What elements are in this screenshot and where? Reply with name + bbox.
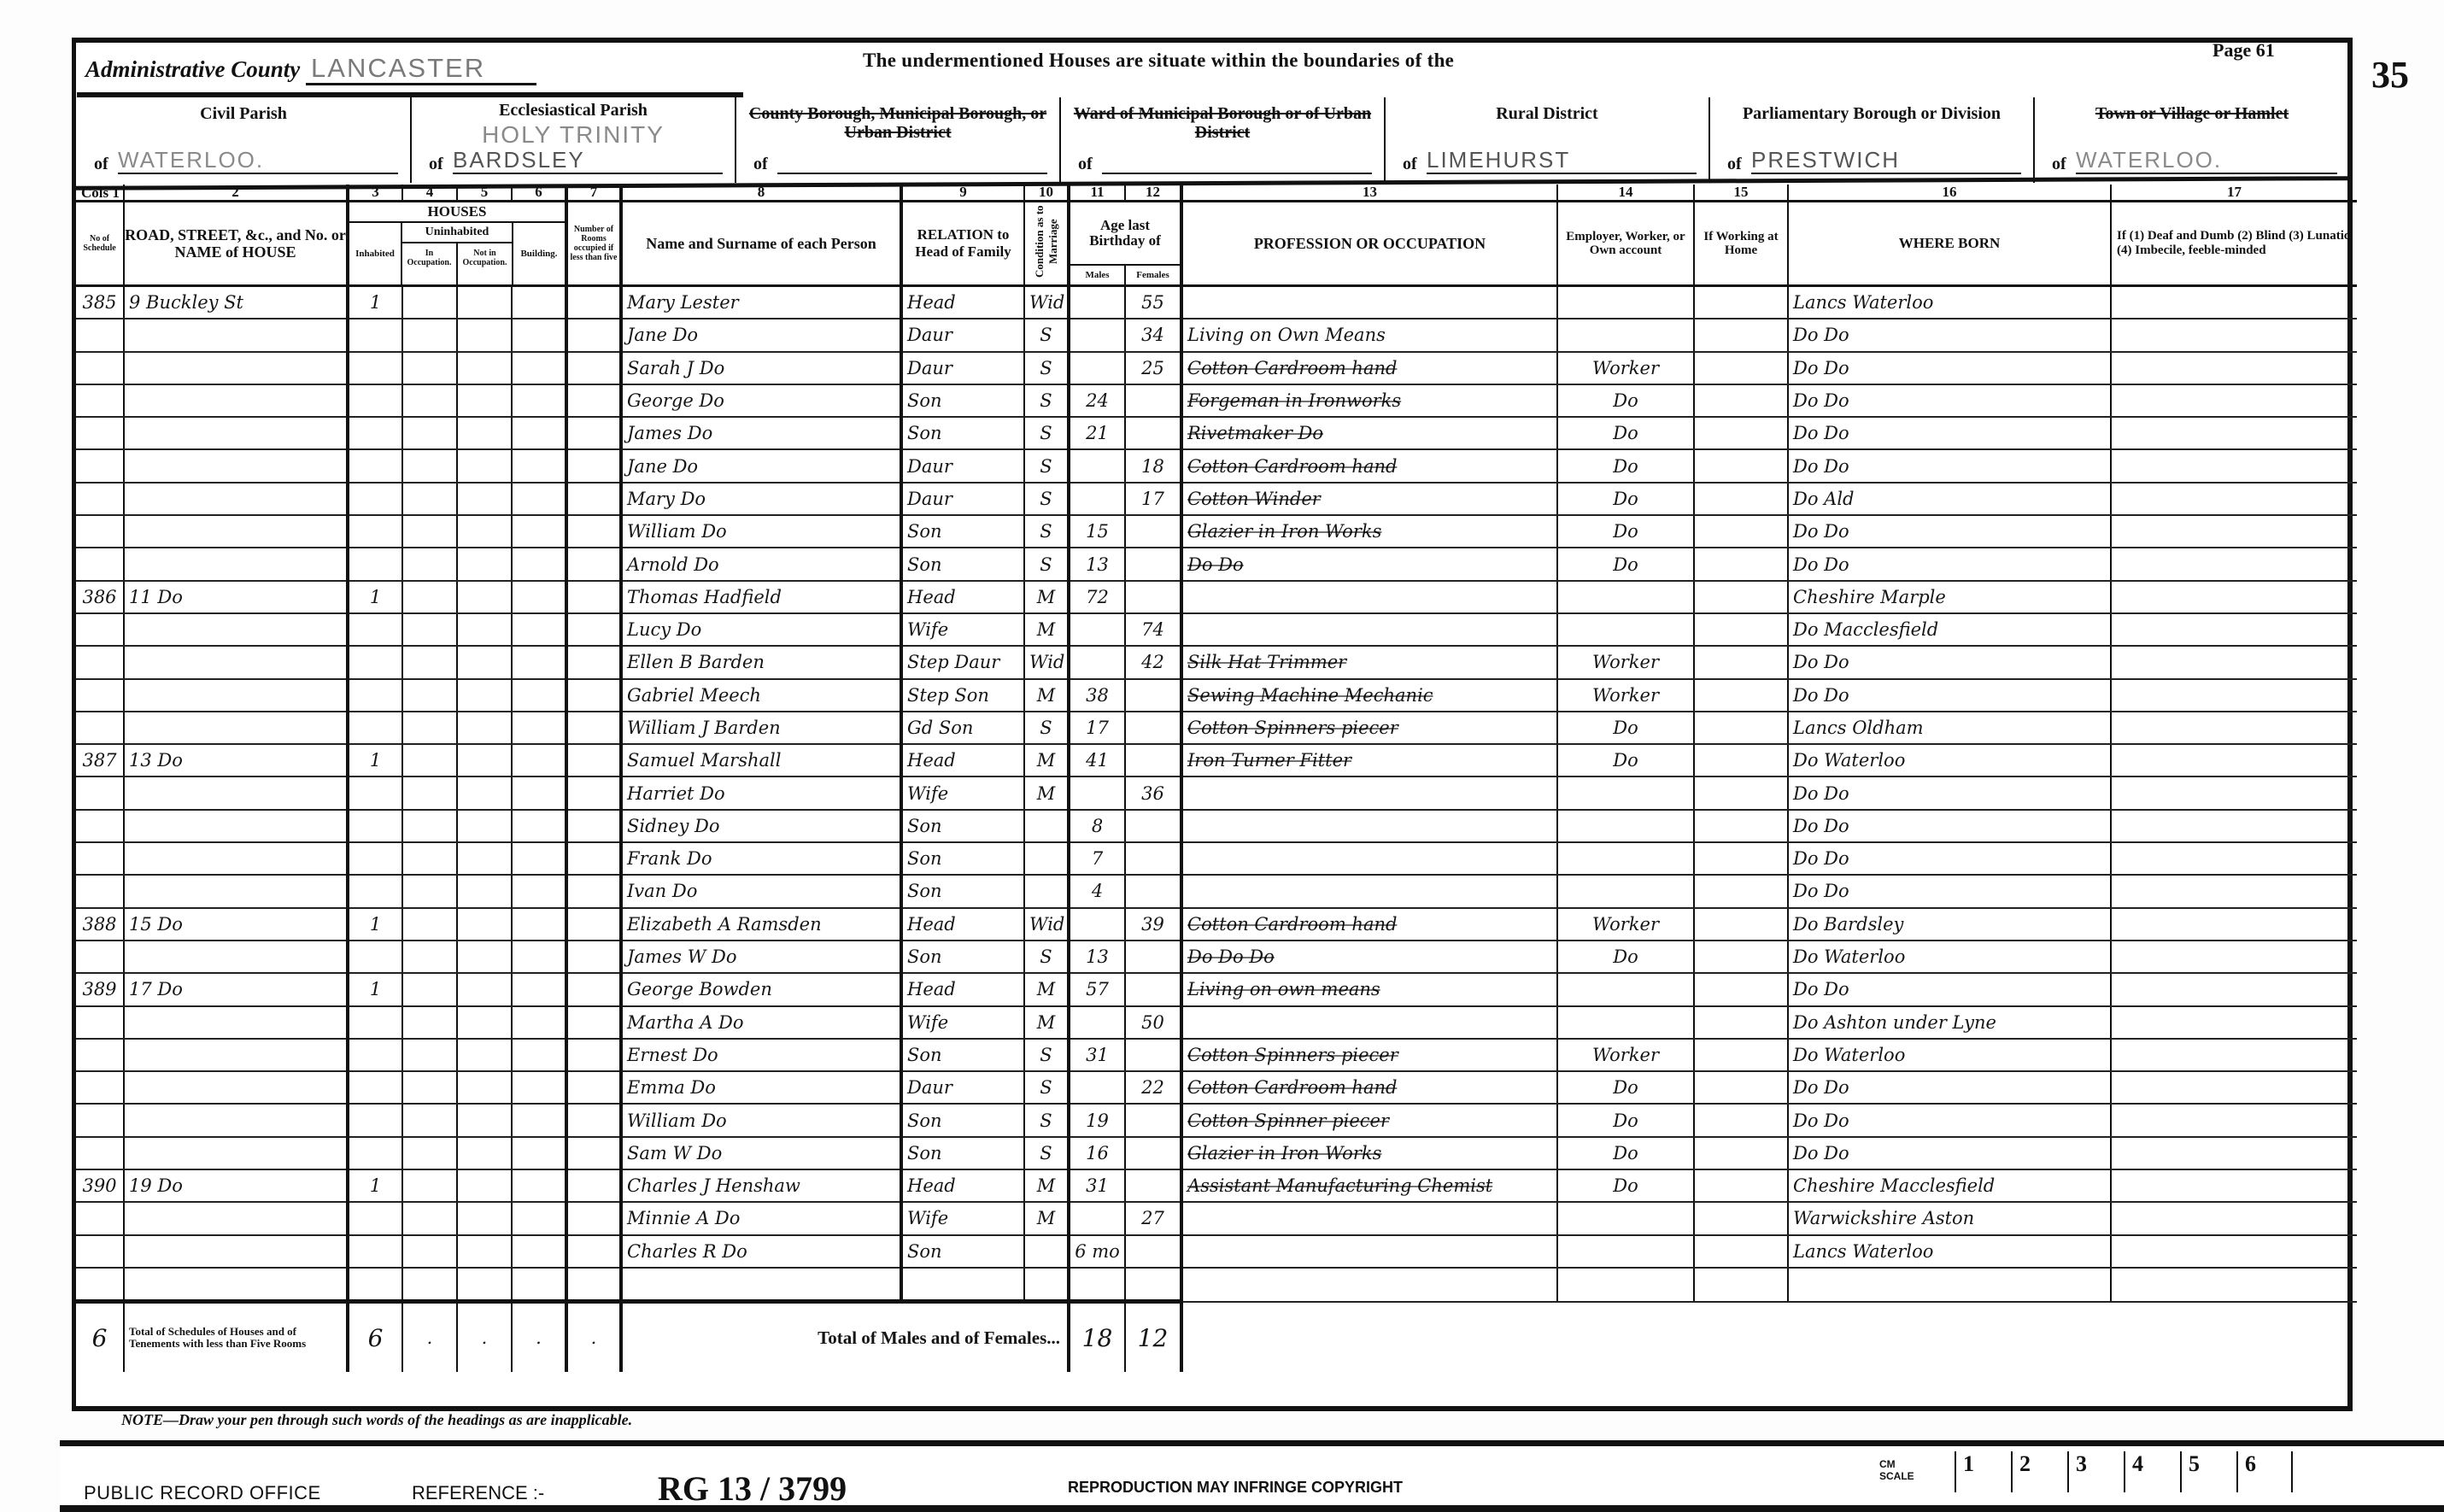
occupation: [1181, 1235, 1557, 1268]
schedule-number: 388: [76, 908, 124, 941]
jurisdiction-row: Civil Parish of WATERLOO. Ecclesiastical…: [77, 0, 2349, 185]
occupation: [1181, 1006, 1557, 1039]
of-label: of: [429, 155, 443, 174]
age-male: 57: [1069, 973, 1125, 1005]
occupation: Cotton Cardroom hand: [1181, 908, 1557, 941]
employment-status: [1557, 1006, 1694, 1039]
header-infirmity: If (1) Deaf and Dumb (2) Blind (3) Lunat…: [2111, 202, 2357, 286]
inhabited-count: [348, 1104, 402, 1136]
inhabited-count: [348, 352, 402, 384]
working-at-home: [1694, 842, 1788, 875]
building: [512, 1071, 566, 1104]
age-male: [1069, 319, 1125, 351]
birthplace: Do Do: [1788, 1104, 2111, 1136]
relation: Son: [901, 810, 1024, 842]
address: [124, 1202, 348, 1234]
not-in-occupation: [457, 449, 512, 482]
total-males: 18: [1069, 1302, 1125, 1373]
header-relation: RELATION to Head of Family: [901, 202, 1024, 286]
header-working-at-home: If Working at Home: [1694, 202, 1788, 286]
address: [124, 483, 348, 515]
col-num: 13: [1181, 185, 1557, 202]
age-male: [1069, 1071, 1125, 1104]
relation: Wife: [901, 1202, 1024, 1234]
sheet-number: 35: [2371, 53, 2409, 97]
person-name: Thomas Hadfield: [621, 581, 901, 613]
scale-tick: 4: [2124, 1451, 2180, 1492]
col-num: 8: [621, 185, 901, 202]
age-female: [1125, 875, 1181, 907]
rooms: [566, 352, 621, 384]
birthplace: Do Do: [1788, 1071, 2111, 1104]
in-occupation: [402, 352, 457, 384]
building: [512, 581, 566, 613]
rooms: [566, 973, 621, 1005]
rooms: [566, 1235, 621, 1268]
working-at-home: [1694, 1268, 1788, 1302]
birthplace: Do Do: [1788, 810, 2111, 842]
age-female: [1125, 744, 1181, 777]
rural-district: Rural District of LIMEHURST: [1384, 97, 1708, 183]
address: [124, 449, 348, 482]
ward: Ward of Municipal Borough or of Urban Di…: [1059, 97, 1384, 183]
condition: S: [1024, 449, 1069, 482]
table-row: Arnold DoSonS13Do DoDoDo Do: [76, 548, 2357, 580]
person-name: Martha A Do: [621, 1006, 901, 1039]
houses-label: HOUSES: [349, 202, 565, 223]
rooms: [566, 286, 621, 319]
person-name: [621, 1268, 901, 1302]
not-in-occupation: [457, 483, 512, 515]
table-row: Lucy DoWifeM74Do Macclesfield: [76, 613, 2357, 646]
in-occupation: [402, 842, 457, 875]
employment-status: Worker: [1557, 908, 1694, 941]
working-at-home: [1694, 810, 1788, 842]
person-name: Charles J Henshaw: [621, 1169, 901, 1202]
table-row: William DoSonS19Cotton Spinner piecerDoD…: [76, 1104, 2357, 1136]
address: [124, 1268, 348, 1302]
not-in-occupation: [457, 548, 512, 580]
rural-district-value: LIMEHURST: [1427, 147, 1697, 174]
schedule-number: 390: [76, 1169, 124, 1202]
address: [124, 515, 348, 548]
employment-status: Do: [1557, 417, 1694, 449]
not-in-occupation: [457, 1137, 512, 1169]
rooms: [566, 515, 621, 548]
occupation: [1181, 875, 1557, 907]
table-row: Jane DoDaurS34Living on Own MeansDo Do: [76, 319, 2357, 351]
condition: M: [1024, 1202, 1069, 1234]
working-at-home: [1694, 1071, 1788, 1104]
inhabited-count: [348, 1202, 402, 1234]
inhabited-count: [348, 449, 402, 482]
rooms: [566, 1137, 621, 1169]
inhabited-count: [348, 810, 402, 842]
address: [124, 712, 348, 744]
address: [124, 319, 348, 351]
inhabited-count: 1: [348, 908, 402, 941]
address: 9 Buckley St: [124, 286, 348, 319]
occupation: Assistant Manufacturing Chemist: [1181, 1169, 1557, 1202]
col-num: 2: [124, 185, 348, 202]
relation: Son: [901, 515, 1024, 548]
person-name: Lucy Do: [621, 613, 901, 646]
total-not-in-occupation: .: [457, 1302, 512, 1373]
table-row: George DoSonS24Forgeman in IronworksDoDo…: [76, 384, 2357, 417]
age-female: 27: [1125, 1202, 1181, 1234]
header-address: ROAD, STREET, &c., and No. or NAME of HO…: [124, 202, 348, 286]
of-label: of: [753, 155, 768, 174]
age-male: [1069, 777, 1125, 809]
condition: Wid: [1024, 286, 1069, 319]
reference-label: REFERENCE :-: [412, 1482, 544, 1504]
infirmity: [2111, 1137, 2357, 1169]
condition: S: [1024, 1071, 1069, 1104]
age-male: 41: [1069, 744, 1125, 777]
age-label: Age last Birthday of: [1070, 202, 1180, 264]
table-row: James W DoSonS13Do Do DoDoDo Waterloo: [76, 941, 2357, 973]
table-row: Frank DoSon7Do Do: [76, 842, 2357, 875]
not-in-occupation: [457, 908, 512, 941]
employment-status: Do: [1557, 712, 1694, 744]
building: [512, 1039, 566, 1071]
header-rooms: Number of Rooms occupied if less than fi…: [566, 202, 621, 286]
schedule-number: 389: [76, 973, 124, 1005]
col-num: 3: [348, 185, 402, 202]
schedule-number: [76, 1235, 124, 1268]
birthplace: Do Do: [1788, 777, 2111, 809]
table-row: 38815 Do1Elizabeth A RamsdenHeadWid39Cot…: [76, 908, 2357, 941]
rooms: [566, 1202, 621, 1234]
not-in-occupation: [457, 581, 512, 613]
address: [124, 1071, 348, 1104]
working-at-home: [1694, 1169, 1788, 1202]
working-at-home: [1694, 777, 1788, 809]
infirmity: [2111, 515, 2357, 548]
relation: Step Daur: [901, 646, 1024, 678]
condition-label: Condition as to Marriage: [1033, 202, 1060, 284]
age-male: [1069, 449, 1125, 482]
inhabited-count: [348, 1235, 402, 1268]
person-name: William Do: [621, 1104, 901, 1136]
occupation: Forgeman in Ironworks: [1181, 384, 1557, 417]
table-row: Sarah J DoDaurS25Cotton Cardroom handWor…: [76, 352, 2357, 384]
schedule-number: [76, 483, 124, 515]
person-name: Emma Do: [621, 1071, 901, 1104]
in-occupation: [402, 417, 457, 449]
header-age: Age last Birthday of Males Females: [1069, 202, 1181, 286]
inhabited-count: [348, 384, 402, 417]
inhabited-count: 1: [348, 286, 402, 319]
building: [512, 973, 566, 1005]
header-schedule: No of Schedule: [76, 202, 124, 286]
civil-parish: Civil Parish of WATERLOO.: [77, 97, 410, 183]
age-male: [1069, 286, 1125, 319]
town-village-value: WATERLOO.: [2076, 147, 2337, 174]
table-row: Emma DoDaurS22Cotton Cardroom handDoDo D…: [76, 1071, 2357, 1104]
age-female: [1125, 973, 1181, 1005]
inhabited-count: [348, 1006, 402, 1039]
total-rooms: .: [566, 1302, 621, 1373]
birthplace: Do Ald: [1788, 483, 2111, 515]
infirmity: [2111, 646, 2357, 678]
working-at-home: [1694, 908, 1788, 941]
not-in-occupation: [457, 1039, 512, 1071]
person-name: Charles R Do: [621, 1235, 901, 1268]
not-in-occupation: [457, 319, 512, 351]
in-occupation: [402, 483, 457, 515]
working-at-home: [1694, 613, 1788, 646]
rooms: [566, 679, 621, 712]
not-in-occupation: [457, 1202, 512, 1234]
inhabited-count: 1: [348, 1169, 402, 1202]
building: [512, 515, 566, 548]
table-row: Ernest DoSonS31Cotton Spinners piecerWor…: [76, 1039, 2357, 1071]
schedule-number: [76, 941, 124, 973]
census-table: Cols 1 2 3 4 5 6 7 8 9 10 11 12 13 14 15…: [76, 185, 2357, 1372]
age-female: [1125, 941, 1181, 973]
col-num: 11: [1069, 185, 1125, 202]
age-female: [1125, 1104, 1181, 1136]
birthplace: Do Do: [1788, 449, 2111, 482]
person-name: Ivan Do: [621, 875, 901, 907]
inhabited-count: [348, 1039, 402, 1071]
building: [512, 613, 566, 646]
age-female: [1125, 1268, 1181, 1302]
total-persons-label: Total of Males and of Females...: [621, 1302, 1069, 1373]
not-in-occupation: [457, 679, 512, 712]
total-schedules-label: Total of Schedules of Houses and of Tene…: [124, 1302, 348, 1373]
employment-status: [1557, 1202, 1694, 1234]
rooms: [566, 1104, 621, 1136]
occupation: Cotton Winder: [1181, 483, 1557, 515]
condition: M: [1024, 679, 1069, 712]
rooms: [566, 712, 621, 744]
working-at-home: [1694, 319, 1788, 351]
relation: Daur: [901, 1071, 1024, 1104]
condition: S: [1024, 384, 1069, 417]
rooms: [566, 417, 621, 449]
rooms: [566, 777, 621, 809]
rooms: [566, 941, 621, 973]
infirmity: [2111, 941, 2357, 973]
occupation: Living on own means: [1181, 973, 1557, 1005]
birthplace: [1788, 1268, 2111, 1302]
age-male: [1069, 483, 1125, 515]
working-at-home: [1694, 941, 1788, 973]
infirmity: [2111, 973, 2357, 1005]
condition: S: [1024, 515, 1069, 548]
occupation: Cotton Spinners piecer: [1181, 712, 1557, 744]
in-occupation: [402, 548, 457, 580]
building: [512, 1006, 566, 1039]
age-male: 19: [1069, 1104, 1125, 1136]
inhabited-count: [348, 483, 402, 515]
condition: S: [1024, 352, 1069, 384]
condition: [1024, 875, 1069, 907]
condition: M: [1024, 613, 1069, 646]
header-occupation: PROFESSION OR OCCUPATION: [1181, 202, 1557, 286]
not-in-occupation: [457, 744, 512, 777]
reference-number: RG 13 / 3799: [658, 1468, 847, 1509]
schedule-number: [76, 613, 124, 646]
infirmity: [2111, 744, 2357, 777]
person-name: Samuel Marshall: [621, 744, 901, 777]
ecclesiastical-parish-stamp: HOLY TRINITY: [412, 121, 735, 149]
condition: S: [1024, 1039, 1069, 1071]
schedule-number: [76, 777, 124, 809]
condition: Wid: [1024, 908, 1069, 941]
in-occupation: [402, 1235, 457, 1268]
of-label: of: [2052, 155, 2066, 174]
building: [512, 810, 566, 842]
header-males: Males: [1070, 266, 1124, 284]
age-male: 24: [1069, 384, 1125, 417]
in-occupation: [402, 449, 457, 482]
of-label: of: [1403, 155, 1417, 174]
col-num: 10: [1024, 185, 1069, 202]
employment-status: Do: [1557, 384, 1694, 417]
table-row: Mary DoDaurS17Cotton WinderDoDo Ald: [76, 483, 2357, 515]
census-page: Administrative County LANCASTER The unde…: [0, 0, 2444, 1512]
schedule-number: [76, 712, 124, 744]
occupation: Do Do Do: [1181, 941, 1557, 973]
working-at-home: [1694, 548, 1788, 580]
age-female: [1125, 417, 1181, 449]
employment-status: [1557, 319, 1694, 351]
infirmity: [2111, 581, 2357, 613]
relation: Son: [901, 548, 1024, 580]
age-male: 13: [1069, 548, 1125, 580]
birthplace: Warwickshire Aston: [1788, 1202, 2111, 1234]
in-occupation: [402, 1039, 457, 1071]
schedule-number: [76, 417, 124, 449]
employment-status: Do: [1557, 744, 1694, 777]
age-female: 25: [1125, 352, 1181, 384]
relation: Head: [901, 973, 1024, 1005]
employment-status: [1557, 613, 1694, 646]
working-at-home: [1694, 973, 1788, 1005]
in-occupation: [402, 613, 457, 646]
relation: Wife: [901, 777, 1024, 809]
infirmity: [2111, 1104, 2357, 1136]
birthplace: Cheshire Macclesfield: [1788, 1169, 2111, 1202]
rural-district-label: Rural District: [1386, 104, 1708, 123]
rooms: [566, 1039, 621, 1071]
employment-status: Worker: [1557, 679, 1694, 712]
rooms: [566, 319, 621, 351]
age-male: 15: [1069, 515, 1125, 548]
infirmity: [2111, 1169, 2357, 1202]
rooms: [566, 875, 621, 907]
schedule-number: [76, 842, 124, 875]
ward-label: Ward of Municipal Borough or of Urban Di…: [1061, 104, 1384, 142]
building: [512, 286, 566, 319]
employment-status: [1557, 842, 1694, 875]
building: [512, 842, 566, 875]
working-at-home: [1694, 352, 1788, 384]
employment-status: [1557, 810, 1694, 842]
occupation: [1181, 777, 1557, 809]
not-in-occupation: [457, 712, 512, 744]
infirmity: [2111, 417, 2357, 449]
occupation: Sewing Machine Mechanic: [1181, 679, 1557, 712]
table-row: Sam W DoSonS16Glazier in Iron WorksDoDo …: [76, 1137, 2357, 1169]
condition: S: [1024, 941, 1069, 973]
birthplace: Do Waterloo: [1788, 744, 2111, 777]
not-in-occupation: [457, 1235, 512, 1268]
not-in-occupation: [457, 1006, 512, 1039]
schedule-number: [76, 515, 124, 548]
occupation: Do Do: [1181, 548, 1557, 580]
total-females: 12: [1125, 1302, 1181, 1373]
condition: S: [1024, 1137, 1069, 1169]
infirmity: [2111, 286, 2357, 319]
schedule-number: [76, 548, 124, 580]
age-female: 22: [1125, 1071, 1181, 1104]
census-body: 3859 Buckley St1Mary LesterHeadWid55Lanc…: [76, 286, 2357, 1302]
birthplace: Lancs Waterloo: [1788, 1235, 2111, 1268]
in-occupation: [402, 1137, 457, 1169]
total-schedules: 6: [76, 1302, 124, 1373]
age-female: 39: [1125, 908, 1181, 941]
infirmity: [2111, 1268, 2357, 1302]
col-num: 9: [901, 185, 1024, 202]
inhabited-count: [348, 1268, 402, 1302]
employment-status: [1557, 973, 1694, 1005]
not-in-occupation: [457, 384, 512, 417]
working-at-home: [1694, 744, 1788, 777]
schedule-number: [76, 1268, 124, 1302]
in-occupation: [402, 1006, 457, 1039]
working-at-home: [1694, 286, 1788, 319]
address: [124, 875, 348, 907]
age-male: 31: [1069, 1169, 1125, 1202]
person-name: James W Do: [621, 941, 901, 973]
inhabited-count: [348, 319, 402, 351]
ecclesiastical-parish-label: Ecclesiastical Parish: [412, 101, 735, 120]
table-row: Charles R DoSon6 moLancs Waterloo: [76, 1235, 2357, 1268]
infirmity: [2111, 449, 2357, 482]
parliamentary-borough-label: Parliamentary Borough or Division: [1710, 104, 2033, 123]
employment-status: Do: [1557, 515, 1694, 548]
col-num: Cols 1: [76, 185, 124, 202]
building: [512, 449, 566, 482]
table-row: Harriet DoWifeM36Do Do: [76, 777, 2357, 809]
working-at-home: [1694, 1104, 1788, 1136]
rooms: [566, 1006, 621, 1039]
address: [124, 384, 348, 417]
infirmity: [2111, 548, 2357, 580]
occupation: [1181, 1268, 1557, 1302]
occupation: Living on Own Means: [1181, 319, 1557, 351]
rooms: [566, 1169, 621, 1202]
address: [124, 352, 348, 384]
occupation: [1181, 810, 1557, 842]
parliamentary-borough: Parliamentary Borough or Division of PRE…: [1708, 97, 2033, 183]
age-male: 8: [1069, 810, 1125, 842]
working-at-home: [1694, 1006, 1788, 1039]
occupation: [1181, 613, 1557, 646]
table-row: 38917 Do1George BowdenHeadM57Living on o…: [76, 973, 2357, 1005]
cm-scale-label: CM SCALE: [1879, 1458, 1914, 1482]
scale-tick: 1: [1955, 1451, 2011, 1492]
not-in-occupation: [457, 1169, 512, 1202]
in-occupation: [402, 777, 457, 809]
condition: Wid: [1024, 646, 1069, 678]
address: 11 Do: [124, 581, 348, 613]
schedule-number: 387: [76, 744, 124, 777]
